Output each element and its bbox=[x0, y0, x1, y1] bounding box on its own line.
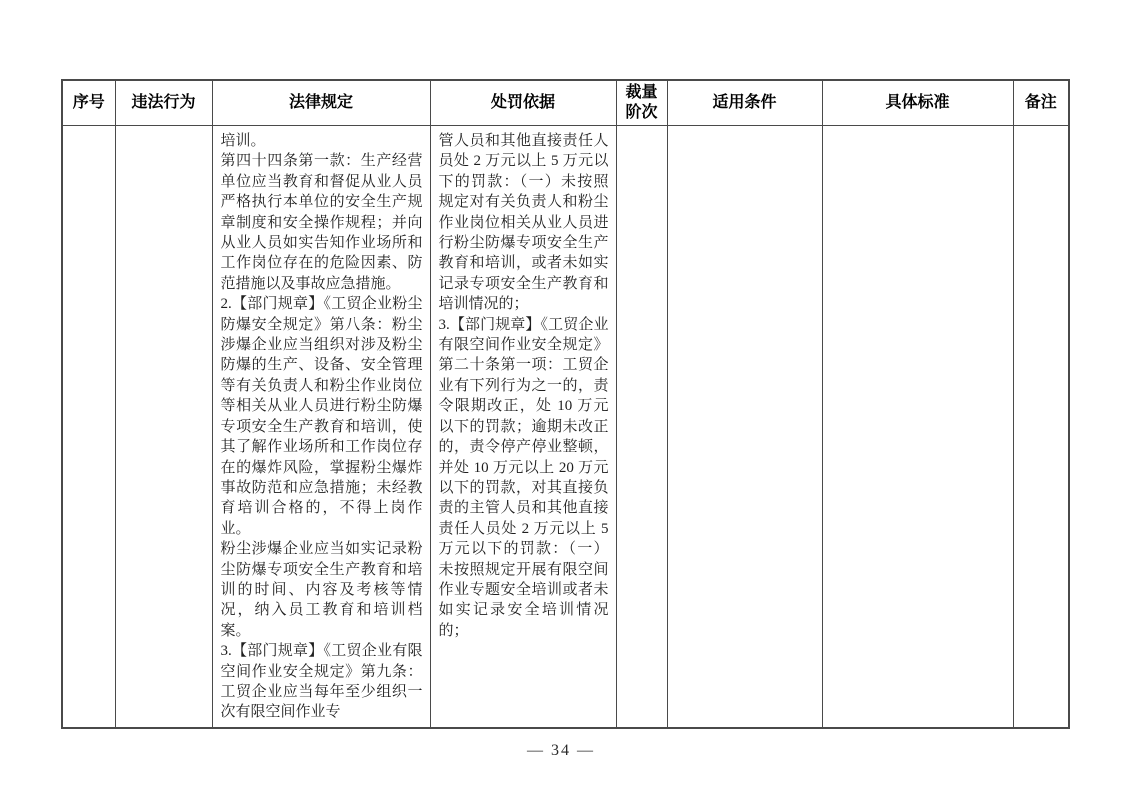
cell-serial-number bbox=[62, 126, 115, 728]
header-legal-provision: 法律规定 bbox=[212, 80, 430, 126]
page-number: — 34 — bbox=[0, 742, 1122, 760]
table-header-row: 序号 违法行为 法律规定 处罚依据 裁量阶次 适用条件 具体标准 备注 bbox=[62, 80, 1069, 126]
cell-illegal-act bbox=[115, 126, 212, 728]
cell-penalty-basis: 管人员和其他直接责任人员处 2 万元以上 5 万元以下的罚款：（一）未按照规定对… bbox=[430, 126, 616, 728]
cell-legal-provision: 培训。 第四十四条第一款：生产经营单位应当教育和督促从业人员严格执行本单位的安全… bbox=[212, 126, 430, 728]
header-illegal-act: 违法行为 bbox=[115, 80, 212, 126]
header-serial-number: 序号 bbox=[62, 80, 115, 126]
header-penalty-basis: 处罚依据 bbox=[430, 80, 616, 126]
cell-applicable-conditions bbox=[667, 126, 822, 728]
header-specific-standard: 具体标准 bbox=[822, 80, 1013, 126]
cell-specific-standard bbox=[822, 126, 1013, 728]
header-remarks: 备注 bbox=[1013, 80, 1069, 126]
table-row: 培训。 第四十四条第一款：生产经营单位应当教育和督促从业人员严格执行本单位的安全… bbox=[62, 126, 1069, 728]
penalty-discretion-table: 序号 违法行为 法律规定 处罚依据 裁量阶次 适用条件 具体标准 备注 培训。 … bbox=[61, 79, 1070, 729]
header-applicable-conditions: 适用条件 bbox=[667, 80, 822, 126]
cell-remarks bbox=[1013, 126, 1069, 728]
cell-discretion-level bbox=[616, 126, 667, 728]
header-discretion-level: 裁量阶次 bbox=[616, 80, 667, 126]
document-page: 序号 违法行为 法律规定 处罚依据 裁量阶次 适用条件 具体标准 备注 培训。 … bbox=[0, 0, 1122, 793]
